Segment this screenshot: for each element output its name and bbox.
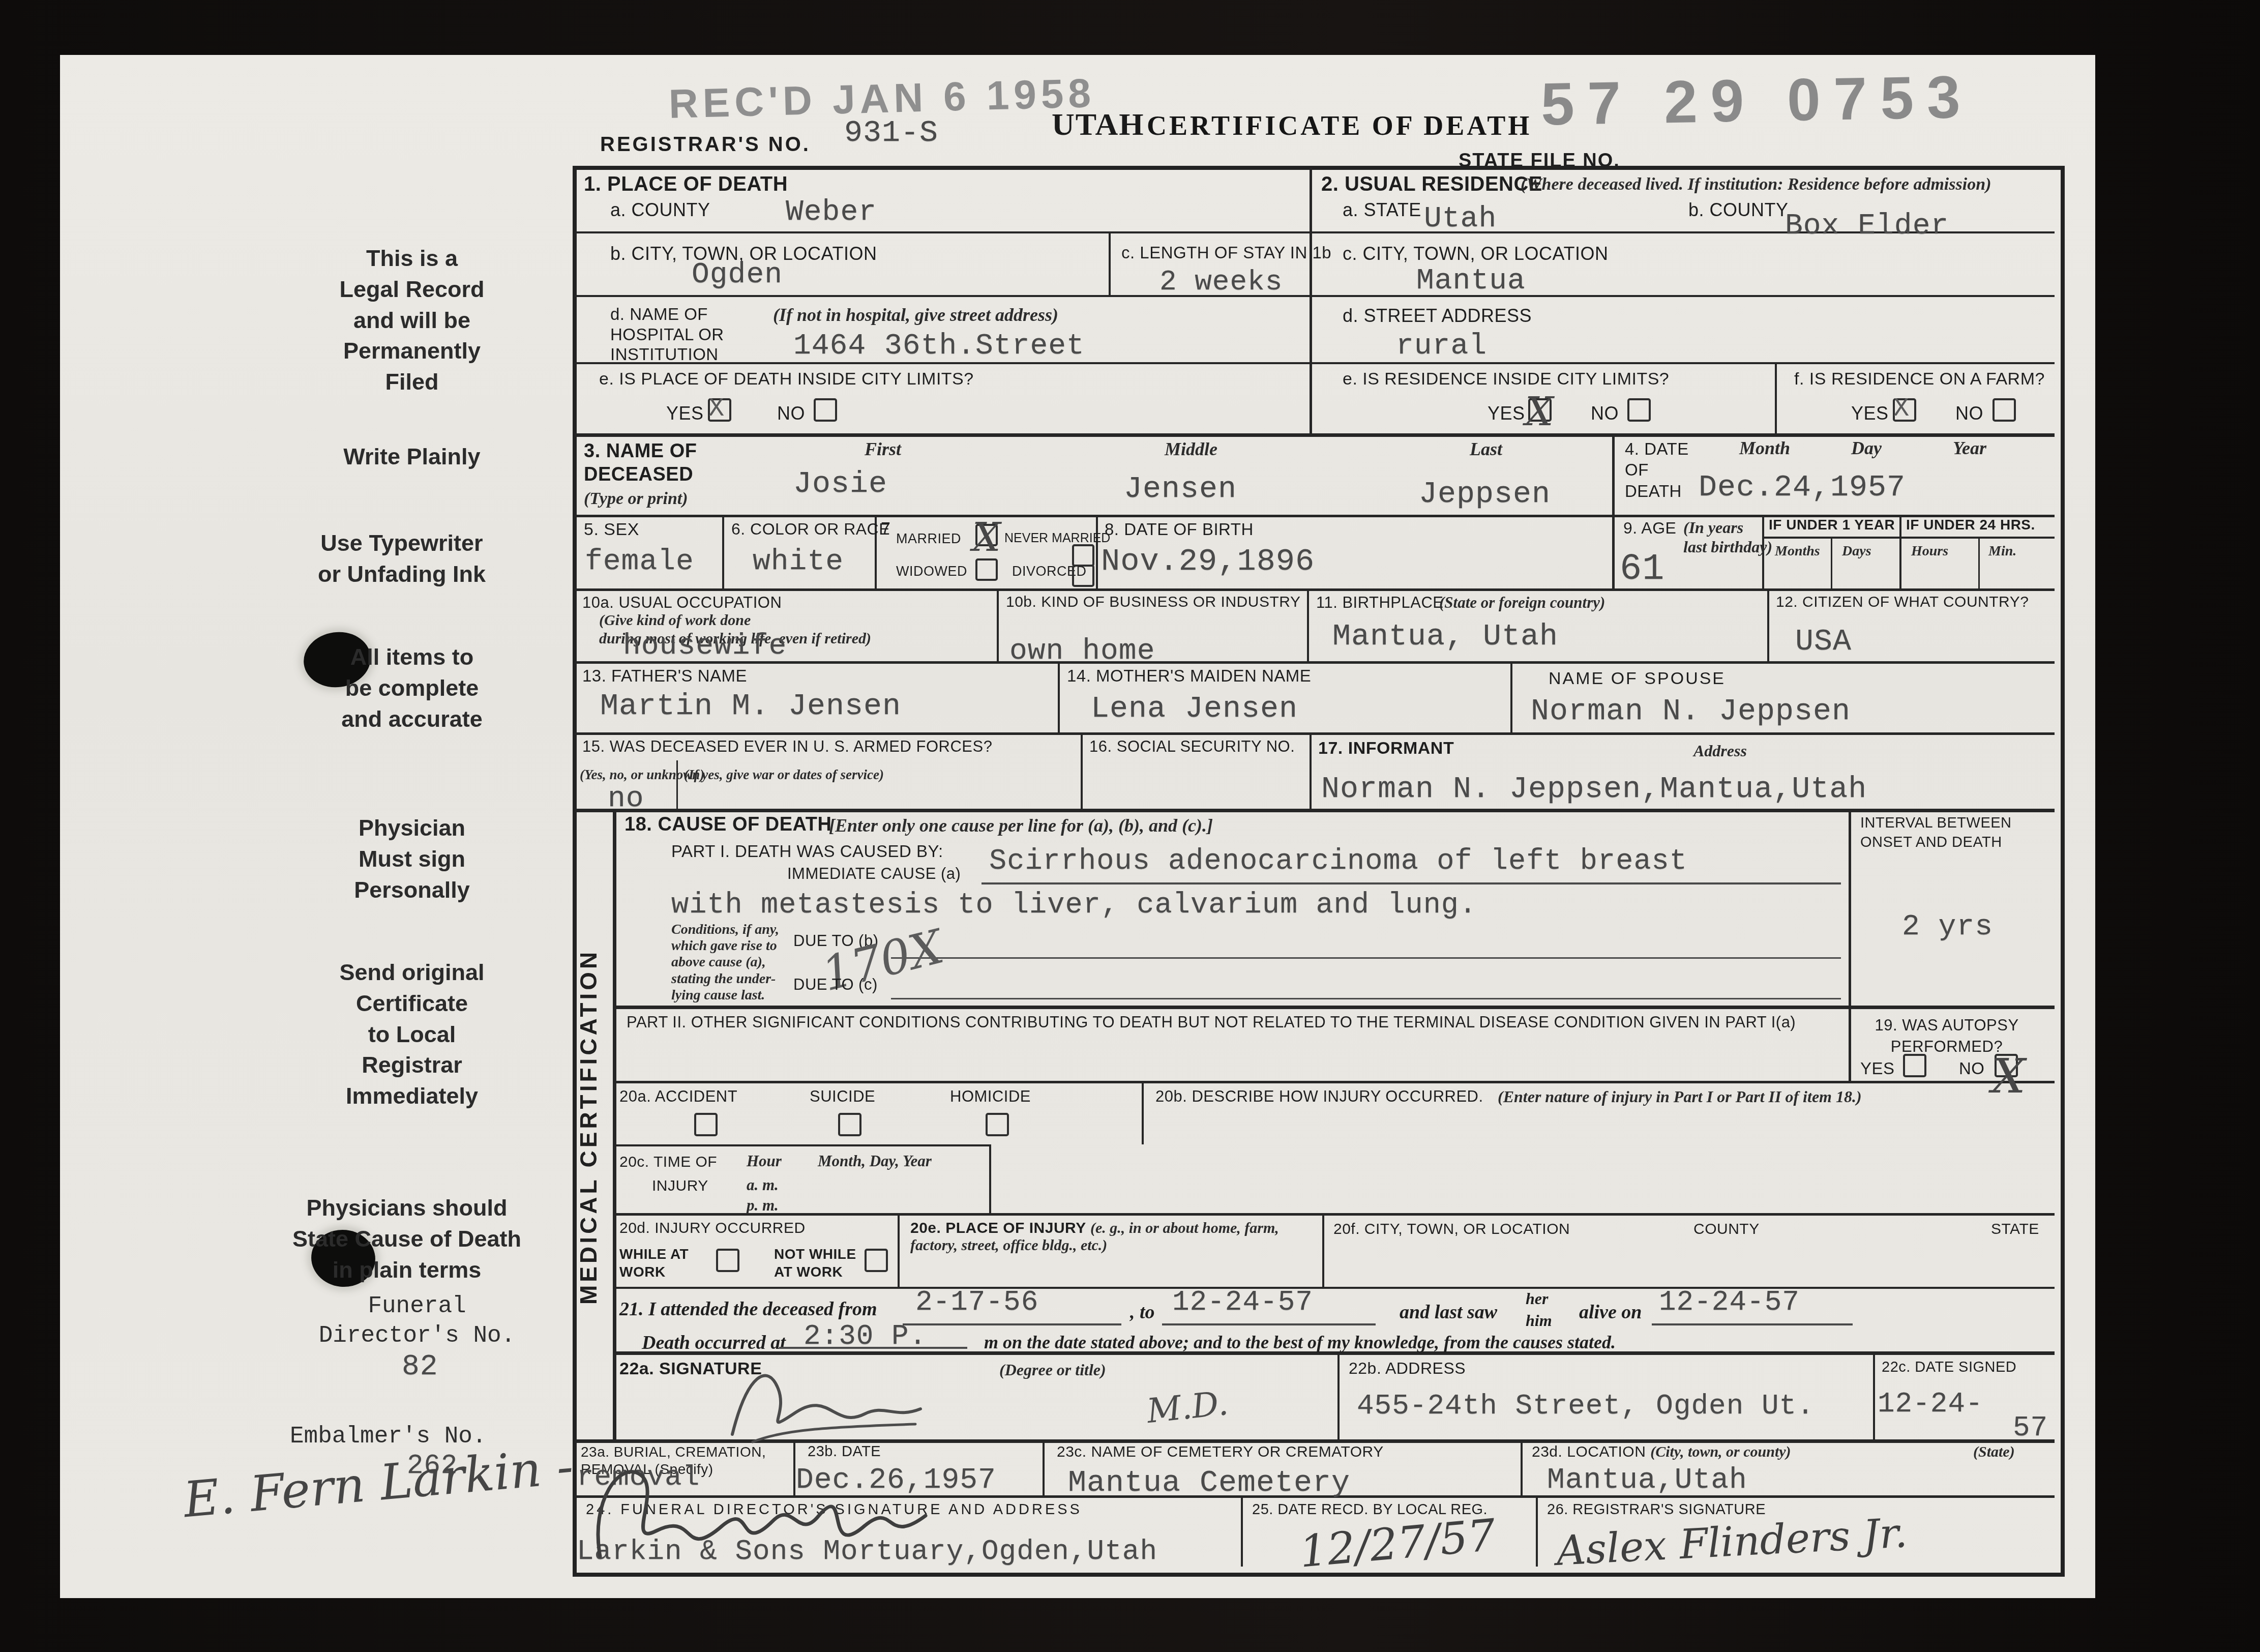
divider: [1873, 1351, 1875, 1439]
s7-label: 7: [881, 519, 890, 539]
checkbox-widowed: [975, 558, 998, 581]
s21-alive-line: [1652, 1323, 1853, 1325]
s4-month-label: Month: [1739, 437, 1790, 459]
s18-due-c-label: DUE TO (c): [793, 976, 878, 994]
checkbox-divorced: [1072, 565, 1094, 587]
s10b-value: own home: [1009, 635, 1155, 668]
scanned-death-certificate: REC'D JAN 6 1958 REGISTRAR'S NO. 931-S U…: [0, 0, 2260, 1652]
divider: [1310, 168, 1312, 433]
s14-value: Lena Jensen: [1091, 692, 1298, 726]
part2-label: PART II. OTHER SIGNIFICANT CONDITIONS CO…: [627, 1013, 1837, 1031]
s4-value: Dec.24,1957: [1699, 470, 1906, 505]
s23d-value: Mantua,Utah: [1547, 1464, 1747, 1497]
cause-a-line: [982, 882, 1841, 884]
s22c-value-line2: 57: [2013, 1411, 2048, 1444]
s21-to-line: [1162, 1323, 1376, 1325]
s1e-no-label: NO: [777, 403, 805, 424]
checkmark-married: X: [972, 515, 1001, 560]
divider: [575, 588, 2055, 591]
note-use-typewriter: Use Typewriter or Unfading Ink: [275, 528, 529, 590]
s3-first-value: Josie: [793, 467, 887, 501]
s6-label: 6. COLOR OR RACE: [731, 520, 890, 539]
s20c-label: 20c. TIME OF: [619, 1154, 717, 1171]
s3-last-label: Last: [1470, 438, 1502, 460]
s3-label: 3. NAME OF DECEASED: [584, 440, 697, 486]
divider: [1767, 588, 1769, 661]
funeral-director-signature-scribble: [580, 1429, 1068, 1577]
checkbox-while-at-work: [716, 1249, 739, 1272]
s12-label: 12. CITIZEN OF WHAT COUNTRY?: [1776, 594, 2029, 611]
divider: [613, 1006, 2055, 1009]
divider: [1142, 1081, 1144, 1144]
s21-last-saw-label: and last saw: [1400, 1301, 1497, 1323]
s20f-label: 20f. CITY, TOWN, OR LOCATION: [1333, 1221, 1570, 1238]
s9-under24-label: IF UNDER 24 HRS.: [1906, 517, 2035, 533]
divider: [1899, 515, 1901, 588]
divider: [1978, 537, 1980, 588]
s3-middle-label: Middle: [1165, 438, 1217, 460]
s1d-value: 1464 36th.Street: [793, 330, 1085, 363]
s22b-value: 455-24th Street, Ogden Ut.: [1357, 1390, 1815, 1422]
s3-hint: (Type or print): [584, 489, 688, 509]
divider: [575, 433, 2055, 437]
s17-label: 17. INFORMANT: [1318, 739, 1454, 758]
note-all-items: All items to be complete and accurate: [305, 642, 519, 734]
s2b-value: Box Elder: [1785, 210, 1949, 243]
title-state: UTAH: [1052, 107, 1145, 143]
divider: [613, 1213, 2055, 1216]
s4-day-label: Day: [1851, 437, 1882, 459]
s18-immediate-label: IMMEDIATE CAUSE (a): [787, 865, 961, 883]
s23d-state-hint: (State): [1973, 1443, 2015, 1461]
registrar-no-label: REGISTRAR'S NO.: [600, 133, 811, 156]
checkmark-2f-yes: X: [1893, 394, 1909, 424]
s21-death-at-label: Death occurred at: [642, 1332, 786, 1354]
divider: [989, 1144, 991, 1213]
s20b-hint: (Enter nature of injury in Part I or Par…: [1498, 1087, 1862, 1106]
s15-label: 15. WAS DECEASED EVER IN U. S. ARMED FOR…: [582, 737, 992, 756]
checkbox-autopsy-no: X: [1995, 1054, 2018, 1077]
s20a-homicide-label: HOMICIDE: [950, 1087, 1031, 1106]
s1b-value: Ogden: [692, 258, 783, 291]
s3-first-label: First: [865, 438, 901, 460]
s2d-value: rural: [1396, 330, 1487, 363]
s3-middle-value: Jensen: [1124, 472, 1237, 507]
divider: [1310, 732, 1312, 809]
s2c-label: c. CITY, TOWN, OR LOCATION: [1343, 243, 1608, 264]
s18-title: 18. CAUSE OF DEATH: [625, 814, 831, 836]
s20a-accident-label: 20a. ACCIDENT: [619, 1087, 737, 1106]
s20c-label2: INJURY: [652, 1177, 708, 1195]
s9-under1-label: IF UNDER 1 YEAR: [1769, 517, 1895, 533]
s2c-value: Mantua: [1416, 264, 1526, 298]
state-file-number-stamp: 57 29 0753: [1540, 63, 1974, 139]
s11-value: Mantua, Utah: [1332, 619, 1558, 654]
s15-hint2: (If yes, give war or dates of service): [684, 767, 884, 783]
s12-value: USA: [1795, 625, 1852, 659]
s18-cause-line1: Scirrhous adenocarcinoma of left breast: [989, 845, 1687, 878]
divider: [1096, 515, 1098, 588]
divider: [575, 661, 2055, 664]
checkbox-suicide: [838, 1113, 861, 1136]
s4-year-label: Year: [1953, 437, 1986, 459]
s9-value: 61: [1620, 548, 1664, 590]
s1c-label: c. LENGTH OF STAY IN 1b: [1121, 243, 1331, 262]
s23d-label: 23d. LOCATION: [1532, 1443, 1650, 1460]
s17-address-label: Address: [1693, 742, 1747, 760]
divider: [722, 515, 724, 588]
s1a-label: a. COUNTY: [610, 199, 710, 221]
divider: [575, 809, 2055, 812]
due-b-line: [891, 957, 1841, 959]
note-send-original: Send original Certificate to Local Regis…: [305, 957, 519, 1112]
s1a-value: Weber: [786, 196, 877, 229]
s2a-label: a. STATE: [1343, 199, 1421, 221]
s2e-label: e. IS RESIDENCE INSIDE CITY LIMITS?: [1343, 369, 1669, 389]
divider: [1612, 433, 1615, 588]
divider: [1241, 1495, 1243, 1567]
spouse-value: Norman N. Jeppsen: [1531, 694, 1851, 729]
note-write-plainly: Write Plainly: [305, 441, 519, 473]
s18-cause-line2: with metastesis to liver, calvarium and …: [671, 889, 1477, 922]
s20f-state-label: STATE: [1991, 1221, 2039, 1238]
s20d-not-while-label: NOT WHILE AT WORK: [774, 1245, 856, 1281]
checkbox-married: X: [975, 524, 998, 546]
divider: [1831, 537, 1832, 588]
divider: [613, 1144, 989, 1146]
s2-title-hint: (Where deceased lived. If institution: R…: [1521, 175, 1991, 194]
s1e-label: e. IS PLACE OF DEATH INSIDE CITY LIMITS?: [599, 369, 974, 389]
s2a-value: Utah: [1424, 202, 1497, 235]
s22c-value-line1: 12-24-: [1878, 1388, 1983, 1420]
s4-label: 4. DATE OF DEATH: [1625, 438, 1689, 501]
s10a-value: housewife: [623, 630, 787, 663]
divider: [1536, 1495, 1538, 1567]
checkbox-2f-no: [1993, 398, 2016, 422]
s18-interval-value: 2 yrs: [1902, 910, 1993, 943]
checkbox-2f-yes: X: [1893, 398, 1916, 422]
s9-label: 9. AGE: [1623, 519, 1676, 538]
divider: [898, 1213, 900, 1287]
s26-label: 26. REGISTRAR'S SIGNATURE: [1547, 1501, 1766, 1518]
divider: [1775, 362, 1777, 433]
s21-him-label: him: [1526, 1311, 1552, 1330]
s20e-block: 20e. PLACE OF INJURY (e. g., in or about…: [910, 1220, 1312, 1254]
checkbox-1e-no: [814, 398, 837, 422]
s20d-label: 20d. INJURY OCCURRED: [619, 1220, 806, 1237]
s9-hint: (In years last birthday): [1683, 518, 1772, 557]
divider: [1337, 1351, 1340, 1439]
s1d-hint: (If not in hospital, give street address…: [773, 304, 1058, 326]
s23d-block: 23d. LOCATION (City, town, or county): [1532, 1443, 1791, 1461]
s2e-yes-label: YES: [1488, 403, 1525, 424]
s1c-value: 2 weeks: [1159, 265, 1283, 298]
s2f-label: f. IS RESIDENCE ON A FARM?: [1794, 369, 2045, 389]
divider: [613, 809, 616, 1439]
s1e-yes-label: YES: [666, 403, 704, 424]
divider: [613, 1287, 2055, 1289]
divider: [1521, 1439, 1523, 1495]
checkbox-2e-no: [1627, 398, 1651, 422]
s9-months-label: Months: [1775, 543, 1820, 559]
s10a-label: 10a. USUAL OCCUPATION: [582, 594, 782, 612]
s20c-hour-label: Hour: [747, 1152, 782, 1170]
divider: [1081, 732, 1083, 809]
s21-attended-label: 21. I attended the deceased from: [619, 1298, 877, 1320]
s5-value: female: [585, 545, 694, 578]
checkbox-2e-yes: X: [1528, 398, 1552, 422]
s8-label: 8. DATE OF BIRTH: [1105, 520, 1254, 539]
s22c-label: 22c. DATE SIGNED: [1882, 1359, 2016, 1376]
s21-alive-label: alive on: [1579, 1301, 1642, 1323]
s20c-am-label: a. m.: [747, 1176, 779, 1194]
s21-her-label: her: [1526, 1289, 1548, 1308]
divider: [1322, 1213, 1324, 1287]
s15-value: no: [608, 782, 644, 815]
s16-label: 16. SOCIAL SECURITY NO.: [1089, 737, 1295, 756]
s2f-yes-label: YES: [1851, 403, 1889, 424]
s11-label: 11. BIRTHPLACE: [1316, 594, 1444, 612]
s9-days-label: Days: [1842, 543, 1871, 559]
checkbox-homicide: [986, 1113, 1009, 1136]
divider: [1307, 588, 1309, 661]
s1-title: 1. PLACE OF DEATH: [584, 173, 788, 196]
s9-hours-label: Hours: [1911, 543, 1948, 559]
divider: [1510, 661, 1512, 732]
s19-yes-label: YES: [1860, 1059, 1895, 1078]
s18-part1-label: PART I. DEATH WAS CAUSED BY:: [671, 842, 943, 861]
s7-never-married-label: NEVER MARRIED: [1004, 531, 1110, 546]
s5-label: 5. SEX: [584, 520, 639, 540]
checkmark-1e-yes: X: [708, 394, 724, 424]
s10b-label: 10b. KIND OF BUSINESS OR INDUSTRY: [1006, 594, 1300, 611]
s13-value: Martin M. Jensen: [600, 689, 901, 724]
s21-death-rest-label: m on the date stated above; and to the b…: [984, 1332, 1616, 1353]
checkmark-2e-yes: X: [1525, 389, 1554, 435]
s23c-label: 23c. NAME OF CEMETERY OR CREMATORY: [1057, 1443, 1384, 1461]
s18-bracket: [Enter only one cause per line for (a), …: [829, 815, 1213, 836]
s2-title: 2. USUAL RESIDENCE: [1321, 173, 1542, 196]
s19-no-label: NO: [1959, 1059, 1985, 1078]
divider: [1849, 809, 1851, 1081]
s20b-label: 20b. DESCRIBE HOW INJURY OCCURRED.: [1155, 1087, 1483, 1106]
s2d-label: d. STREET ADDRESS: [1343, 305, 1532, 327]
medical-certification-vertical-label: MEDICAL CERTIFICATION: [575, 865, 613, 1389]
s6-value: white: [753, 545, 844, 578]
s9-min-label: Min.: [1988, 543, 2016, 559]
s1d-label: d. NAME OF HOSPITAL OR INSTITUTION: [610, 304, 724, 365]
s7-married-label: MARRIED: [896, 531, 961, 547]
note-legal-record: This is a Legal Record and will be Perma…: [305, 243, 519, 398]
divider: [997, 588, 999, 661]
s21-time-line: [779, 1347, 967, 1349]
s22b-label: 22b. ADDRESS: [1349, 1359, 1466, 1378]
s21-to-label: , to: [1130, 1301, 1155, 1323]
s23c-value: Mantua Cemetery: [1068, 1466, 1350, 1500]
note-physician-sign: Physician Must sign Personally: [315, 813, 509, 905]
s18-interval-label: INTERVAL BETWEEN ONSET AND DEATH: [1860, 814, 2012, 852]
registrar-no-value: 931-S: [844, 116, 938, 151]
s21-from-line: [903, 1323, 1121, 1325]
s21-alive-value: 12-24-57: [1659, 1286, 1800, 1318]
divider: [1109, 231, 1111, 295]
checkbox-not-while-at-work: [865, 1249, 888, 1272]
s13-label: 13. FATHER'S NAME: [582, 666, 747, 686]
page-title: CERTIFICATE OF DEATH: [1147, 110, 1532, 141]
s18-conditions-label: Conditions, if any, which gave rise to a…: [671, 922, 779, 1004]
s2e-no-label: NO: [1591, 403, 1619, 424]
s3-last-value: Jeppsen: [1419, 477, 1551, 512]
s2b-label: b. COUNTY: [1688, 199, 1789, 221]
s20d-while-label: WHILE AT WORK: [619, 1245, 689, 1281]
divider: [575, 295, 2055, 297]
divider: [613, 1081, 2055, 1083]
divider: [1058, 661, 1060, 732]
s23d-hint: (City, town, or county): [1650, 1443, 1791, 1460]
s20e-label: 20e. PLACE OF INJURY: [910, 1220, 1090, 1236]
divider: [1762, 537, 2055, 539]
s20c-mdy-label: Month, Day, Year: [818, 1152, 932, 1170]
s14-label: 14. MOTHER'S MAIDEN NAME: [1067, 666, 1311, 686]
s8-value: Nov.29,1896: [1101, 543, 1315, 579]
s11-hint: (State or foreign country): [1439, 594, 1605, 612]
checkbox-1e-yes: X: [708, 398, 731, 422]
s20a-suicide-label: SUICIDE: [810, 1087, 875, 1106]
embalmer-no-label: Embalmer's No.: [290, 1423, 486, 1450]
s20c-pm-label: p. m.: [747, 1196, 779, 1215]
due-c-line: [891, 998, 1841, 999]
checkbox-accident: [694, 1113, 718, 1136]
checkbox-autopsy-yes: [1903, 1054, 1926, 1077]
s21-from-value: 2-17-56: [915, 1286, 1038, 1318]
spouse-label: NAME OF SPOUSE: [1549, 669, 1726, 689]
funeral-director-no-value: 82: [402, 1350, 438, 1383]
s17-value: Norman N. Jeppsen,Mantua,Utah: [1321, 772, 1867, 807]
s7-widowed-label: WIDOWED: [896, 564, 967, 579]
note-plain-terms: Physicians should State Cause of Death i…: [259, 1193, 554, 1285]
checkmark-autopsy-no: X: [1991, 1049, 2026, 1104]
s20f-county-label: COUNTY: [1693, 1221, 1760, 1238]
divider: [575, 732, 2055, 735]
s2f-no-label: NO: [1955, 403, 1983, 424]
s21-to-value: 12-24-57: [1172, 1286, 1313, 1318]
funeral-director-no-label: Funeral Director's No.: [300, 1292, 534, 1350]
